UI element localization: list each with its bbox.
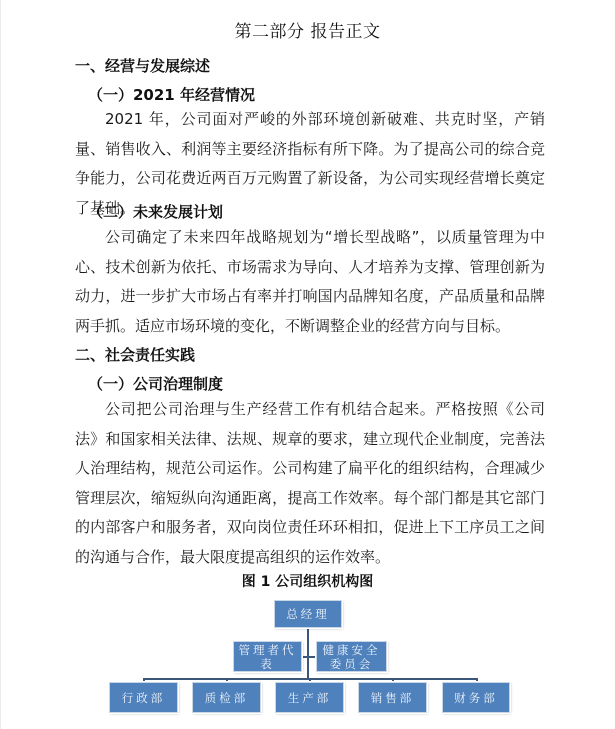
org-node-quality-dept: 质检部 <box>192 682 261 713</box>
org-node-general-manager: 总经理 <box>274 600 342 628</box>
section-heading-1: 一、经营与发展综述 <box>75 55 210 76</box>
org-node-admin-dept: 行政部 <box>109 682 178 713</box>
paragraph-corporate-governance: 公司把公司治理与生产经营工作有机结合起来。严格按照《公司法》和国家相关法律、法规… <box>75 395 545 573</box>
figure-caption: 图 1 公司组织机构图 <box>0 571 615 591</box>
subsection-heading-2-1: （一）公司治理制度 <box>88 373 223 394</box>
org-node-sales-dept: 销售部 <box>358 682 427 713</box>
page-edge <box>0 0 1 729</box>
connector-root-trunk <box>307 628 309 679</box>
connector-assistants <box>302 656 316 658</box>
document-title: 第二部分 报告正文 <box>0 17 615 42</box>
org-node-finance-dept: 财务部 <box>442 682 510 713</box>
paragraph-future-plan: 公司确定了未来四年战略规划为“增长型战略”，以质量管理为中心、技术创新为依托、市… <box>75 223 545 341</box>
section-heading-2: 二、社会责任实践 <box>75 344 195 365</box>
org-node-production-dept: 生产部 <box>275 682 344 713</box>
org-node-management-representative: 管理者代表 <box>233 641 302 672</box>
subsection-heading-1-1: （一）2021 年经营情况 <box>88 84 255 105</box>
org-node-health-safety-committee: 健康安全委员会 <box>316 641 387 672</box>
subsection-heading-1-2: （二）未来发展计划 <box>88 201 223 222</box>
